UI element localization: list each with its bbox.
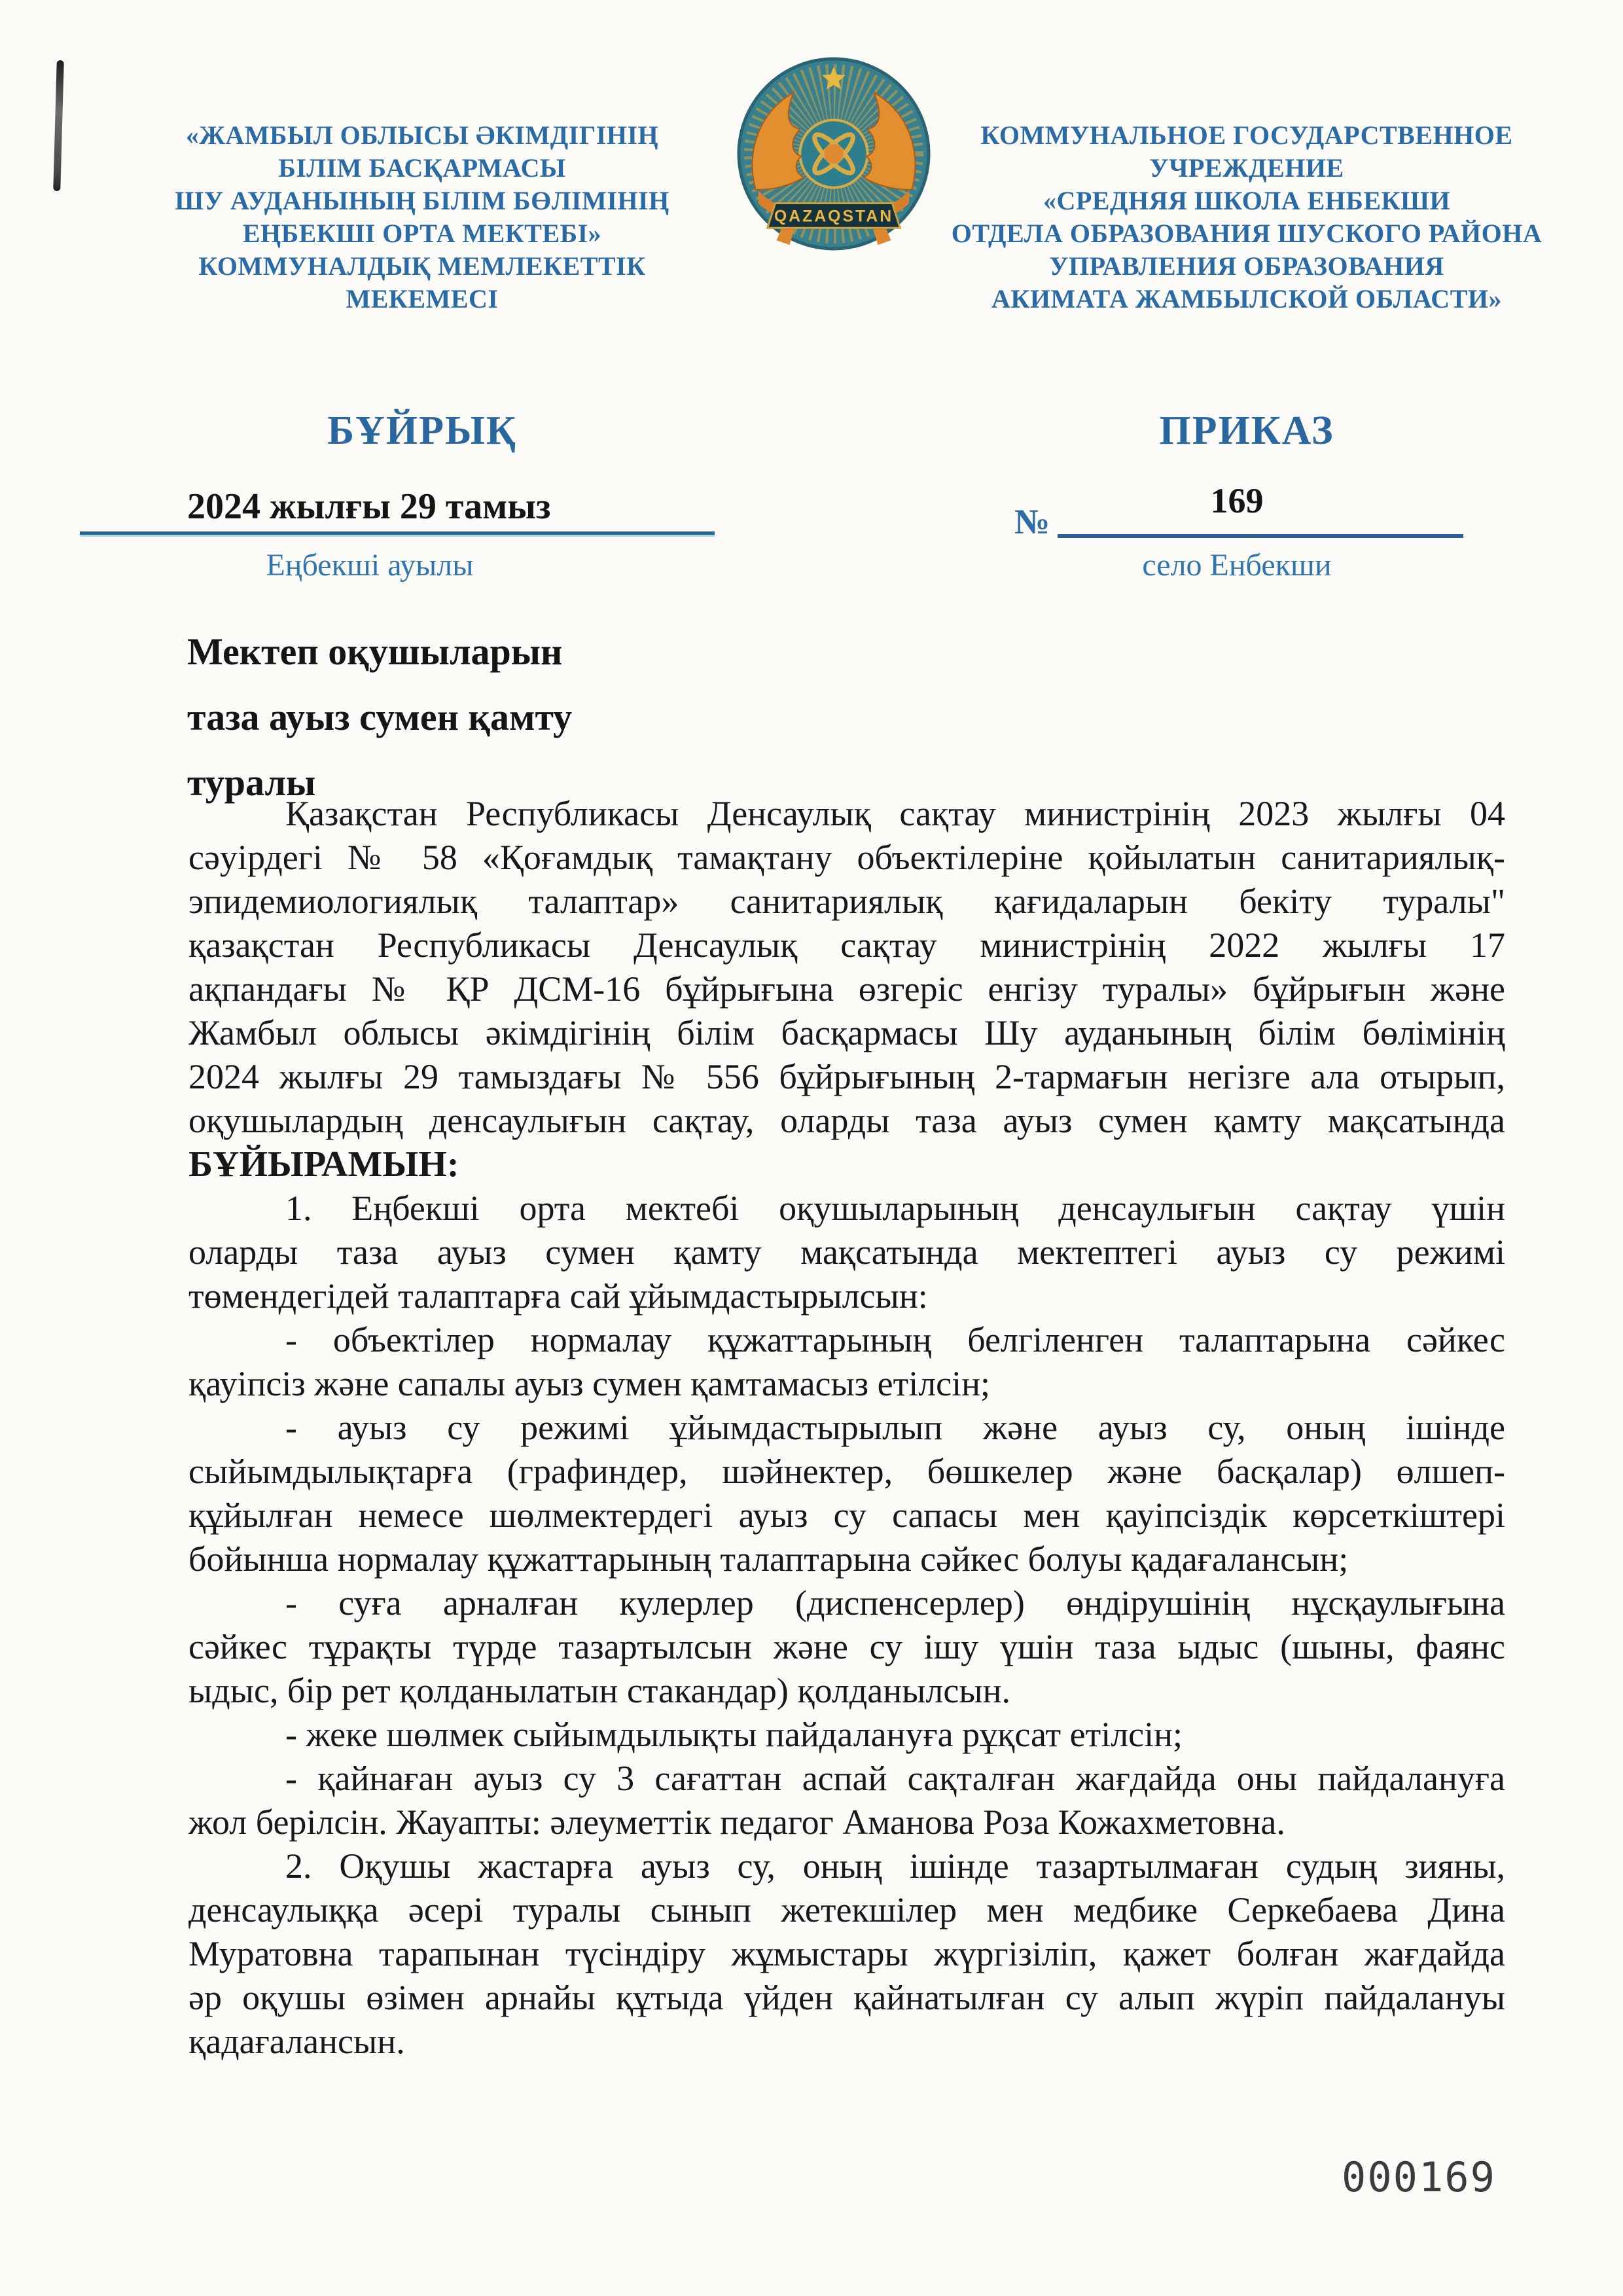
org-name-russian: КОММУНАЛЬНОЕ ГОСУДАРСТВЕННОЕ УЧРЕЖДЕНИЕ … xyxy=(933,119,1561,315)
body-line: БҰЙЫРАМЫН: xyxy=(188,1144,1505,1188)
org-name-line: МЕКЕМЕСІ xyxy=(137,283,707,315)
number-underline xyxy=(1058,534,1463,538)
order-title-kazakh: БҰЙРЫҚ xyxy=(137,407,707,454)
body-line: Муратовна тарапынан түсіндіру жұмыстары … xyxy=(188,1933,1505,1977)
org-name-line: ЕҢБЕКШІ ОРТА МЕКТЕБІ» xyxy=(137,217,707,250)
order-number: 169 xyxy=(1073,480,1400,521)
body-line: қазақстан Республикасы Денсаулық сақтау … xyxy=(188,925,1505,969)
order-subject: Мектеп оқушыларын таза ауыз сумен қамту … xyxy=(187,619,907,816)
body-line: - объектілер нормалау құжаттарының белгі… xyxy=(188,1319,1505,1363)
org-name-line: «СРЕДНЯЯ ШКОЛА ЕНБЕКШИ xyxy=(933,185,1561,217)
order-place-kazakh: Еңбекші ауылы xyxy=(187,547,553,583)
subject-line: Мектеп оқушыларын xyxy=(187,619,907,685)
org-name-line: УПРАВЛЕНИЯ ОБРАЗОВАНИЯ xyxy=(933,250,1561,283)
date-underline xyxy=(80,531,715,537)
body-line: ыдыс, бір рет қолданылатын стакандар) қо… xyxy=(188,1670,1505,1714)
body-line: қауіпсіз және сапалы ауыз сумен қамтамас… xyxy=(188,1363,1505,1407)
order-place-russian: село Енбекши xyxy=(1073,547,1400,583)
body-line: төмендегідей талаптарға сай ұйымдастырыл… xyxy=(188,1276,1505,1319)
body-line: жол берілсін. Жауапты: әлеуметтік педаго… xyxy=(188,1802,1505,1846)
body-line: бойынша нормалау құжаттарының талаптарын… xyxy=(188,1539,1505,1583)
body-line: денсаулыққа әсері туралы сынып жетекшіле… xyxy=(188,1890,1505,1933)
body-line: - қайнаған ауыз су 3 сағаттан аспай сақт… xyxy=(188,1758,1505,1802)
order-body-text: Қазақстан Республикасы Денсаулық сақтау … xyxy=(188,793,1505,2065)
org-name-line: «ЖАМБЫЛ ОБЛЫСЫ ӘКІМДІГІНІҢ xyxy=(137,119,707,152)
scan-binding-mark xyxy=(53,60,64,191)
body-line: оқушылардың денсаулығын сақтау, оларды т… xyxy=(188,1100,1505,1144)
emblem-banner-text: QAZAQSTAN xyxy=(774,207,893,225)
body-line: Жамбыл облысы әкімдігінің білім басқарма… xyxy=(188,1013,1505,1056)
body-line: - ауыз су режимі ұйымдастырылып және ауы… xyxy=(188,1407,1505,1451)
org-name-line: БІЛІМ БАСҚАРМАСЫ xyxy=(137,152,707,185)
scanned-order-page: «ЖАМБЫЛ ОБЛЫСЫ ӘКІМДІГІНІҢ БІЛІМ БАСҚАРМ… xyxy=(0,0,1623,2296)
body-line: сыйымдылықтарға (графиндер, шәйнектер, б… xyxy=(188,1451,1505,1495)
body-line: құйылған немесе шөлмектердегі ауыз су са… xyxy=(188,1495,1505,1539)
page-stamp-number: 000169 xyxy=(1342,2153,1496,2201)
order-title-russian: ПРИКАЗ xyxy=(933,407,1561,454)
body-line: эпидемиологиялық талаптар» санитариялық … xyxy=(188,881,1505,925)
body-line: - жеке шөлмек сыйымдылықты пайдалануға р… xyxy=(188,1714,1505,1758)
org-name-line: КОММУНАЛЬНОЕ ГОСУДАРСТВЕННОЕ xyxy=(933,119,1561,152)
org-name-kazakh: «ЖАМБЫЛ ОБЛЫСЫ ӘКІМДІГІНІҢ БІЛІМ БАСҚАРМ… xyxy=(137,119,707,315)
body-line: қадағалансын. xyxy=(188,2021,1505,2065)
body-line: ақпандағы № ҚР ДСМ-16 бұйрығына өзгеріс … xyxy=(188,969,1505,1013)
body-line: 1. Еңбекші орта мектебі оқушыларының ден… xyxy=(188,1188,1505,1232)
kazakhstan-coat-of-arms-icon: QAZAQSTAN xyxy=(736,56,931,251)
body-line: 2024 жылғы 29 тамыздағы № 556 бұйрығының… xyxy=(188,1056,1505,1100)
body-line: Қазақстан Республикасы Денсаулық сақтау … xyxy=(188,793,1505,837)
org-name-line: КОММУНАЛДЫҚ МЕМЛЕКЕТТІК xyxy=(137,250,707,283)
org-name-line: АКИМАТА ЖАМБЫЛСКОЙ ОБЛАСТИ» xyxy=(933,283,1561,315)
body-line: - суға арналған кулерлер (диспенсерлер) … xyxy=(188,1583,1505,1626)
body-line: оларды таза ауыз сумен қамту мақсатында … xyxy=(188,1232,1505,1276)
body-line: сәйкес тұрақты түрде тазартылсын және су… xyxy=(188,1626,1505,1670)
number-sign: № xyxy=(1014,501,1050,542)
order-date: 2024 жылғы 29 тамыз xyxy=(187,486,550,528)
org-name-line: ОТДЕЛА ОБРАЗОВАНИЯ ШУСКОГО РАЙОНА xyxy=(933,217,1561,250)
body-line: әр оқушы өзімен арнайы құтыда үйден қайн… xyxy=(188,1977,1505,2021)
org-name-line: УЧРЕЖДЕНИЕ xyxy=(933,152,1561,185)
body-line: 2. Оқушы жастарға ауыз су, оның ішінде т… xyxy=(188,1846,1505,1890)
body-line: сәуірдегі № 58 «Қоғамдық тамақтану объек… xyxy=(188,837,1505,881)
org-name-line: ШУ АУДАНЫНЫҢ БІЛІМ БӨЛІМІНІҢ xyxy=(137,185,707,217)
subject-line: таза ауыз сумен қамту xyxy=(187,685,907,750)
